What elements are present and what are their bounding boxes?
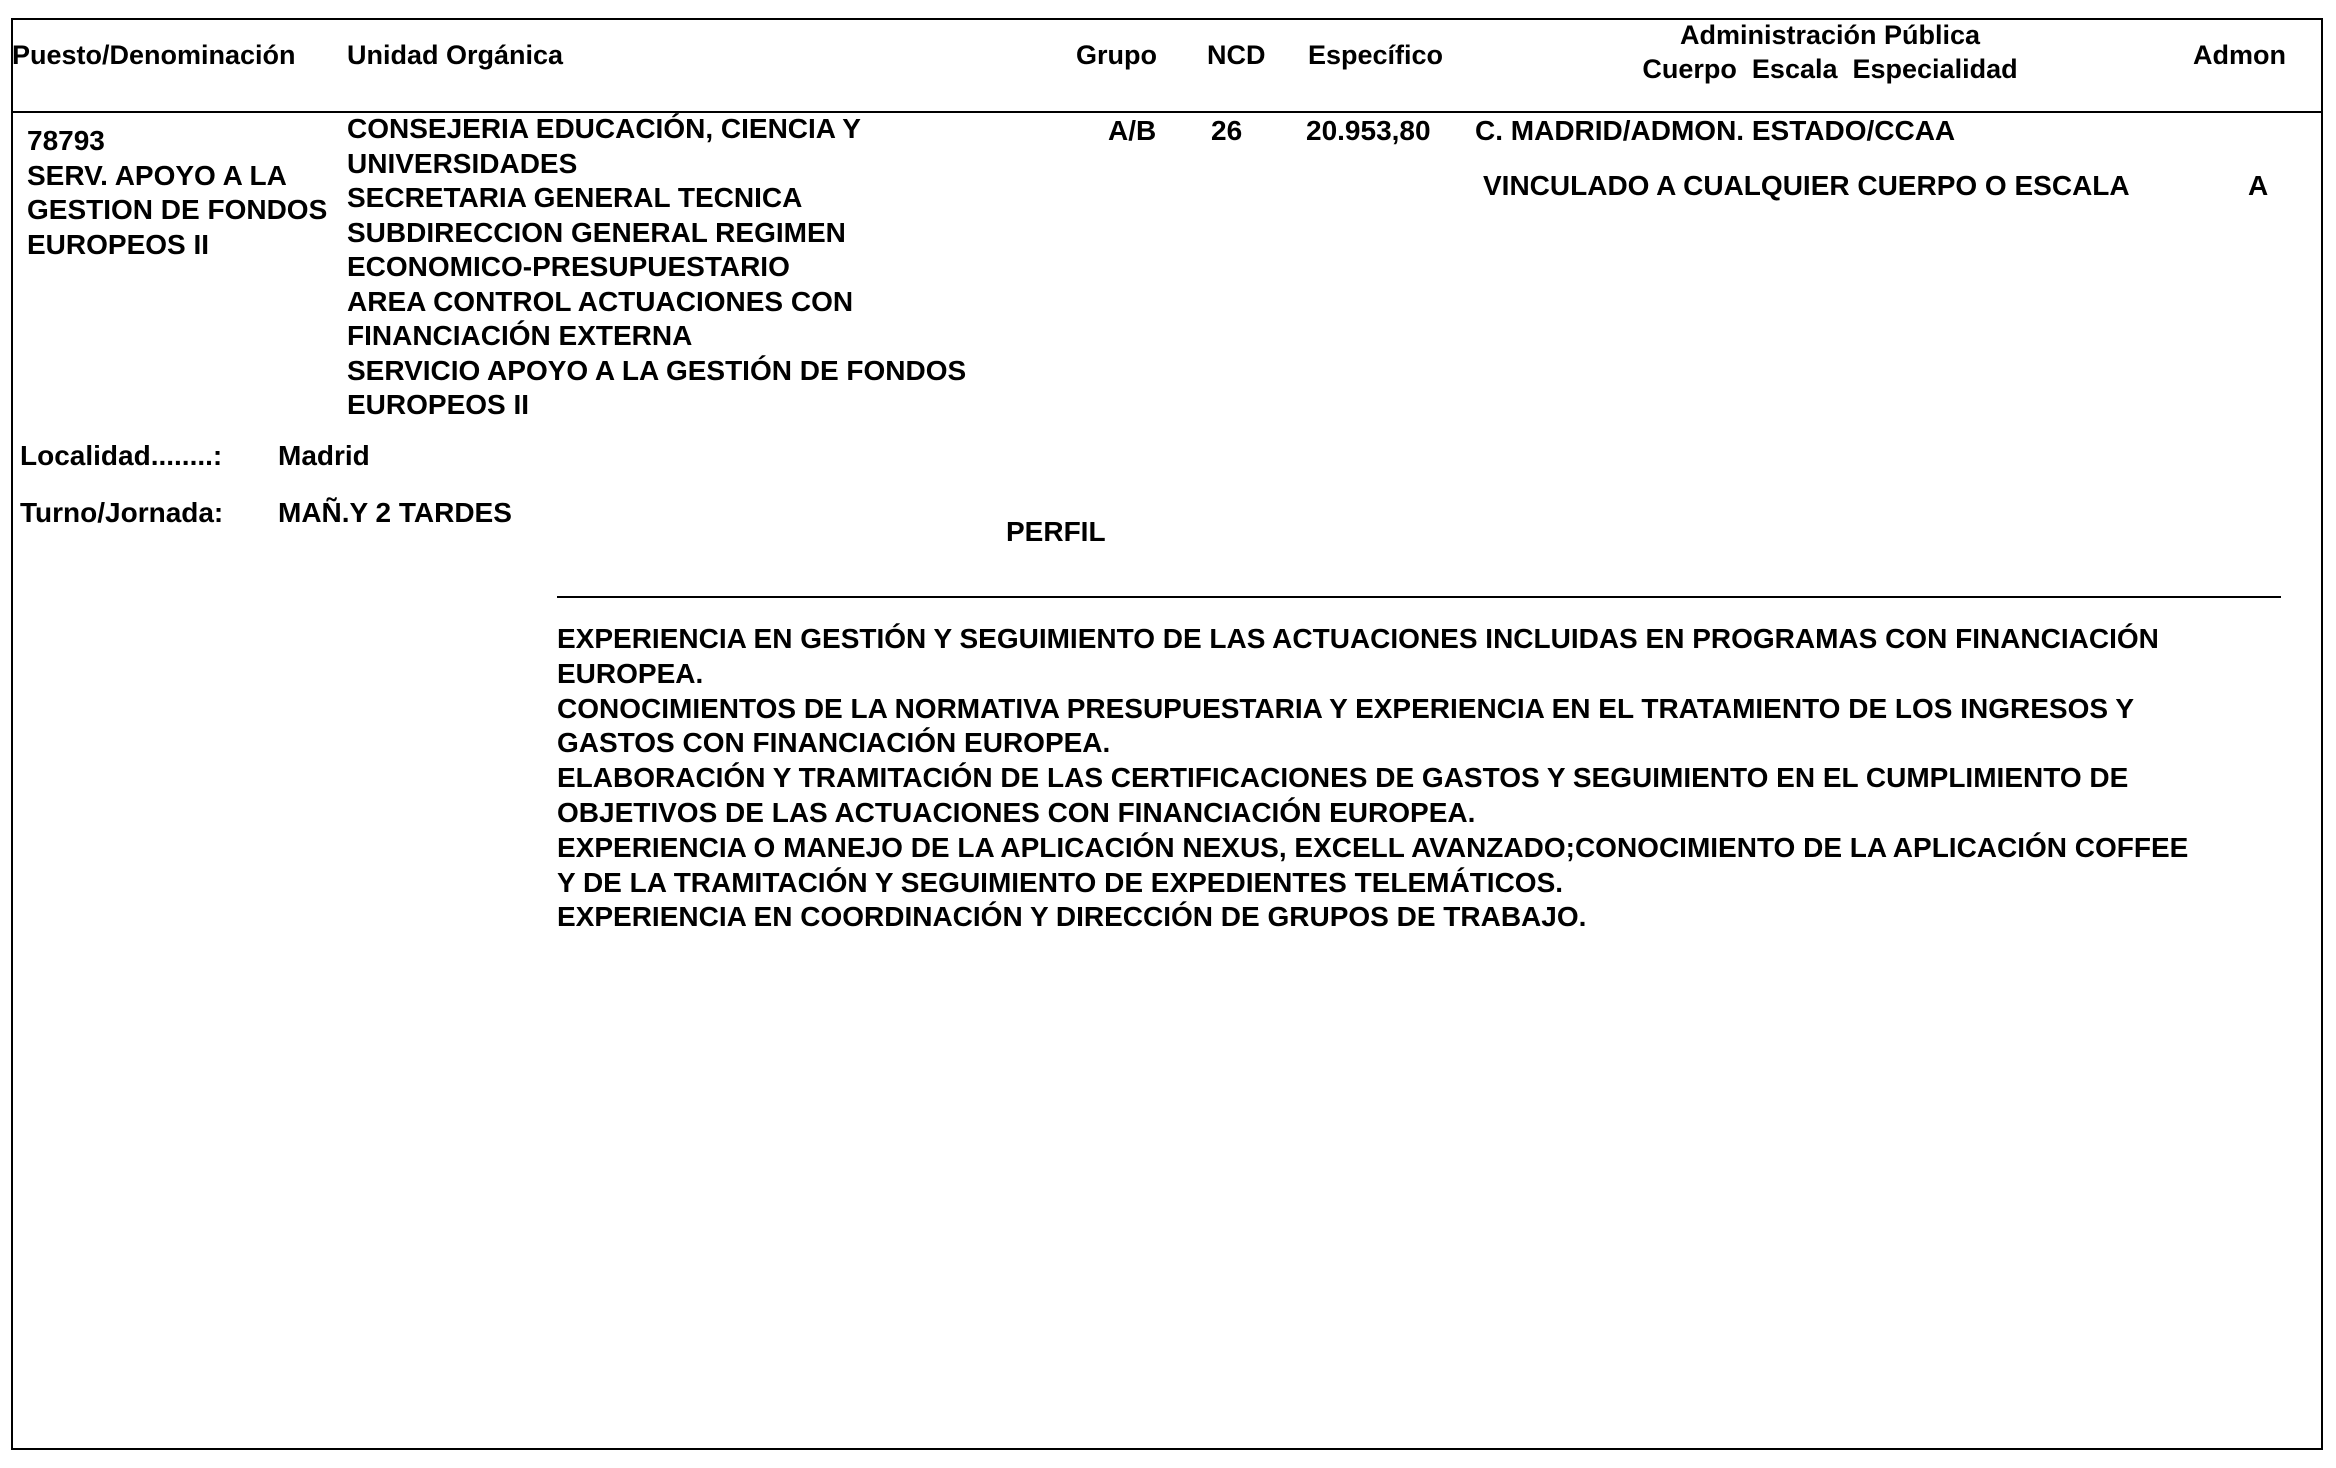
puesto-line: EUROPEOS II: [27, 228, 327, 263]
perfil-line: EXPERIENCIA EN COORDINACIÓN Y DIRECCIÓN …: [557, 900, 2188, 935]
header-admin-publica: Administración Pública: [1560, 22, 2100, 49]
perfil-divider: [557, 596, 2281, 598]
unidad-line: FINANCIACIÓN EXTERNA: [347, 319, 966, 354]
header-unidad: Unidad Orgánica: [347, 42, 563, 69]
perfil-line: CONOCIMIENTOS DE LA NORMATIVA PRESUPUEST…: [557, 692, 2188, 727]
header-admon: Admon: [2193, 42, 2286, 69]
perfil-line: GASTOS CON FINANCIACIÓN EUROPEA.: [557, 726, 2188, 761]
unidad-line: SERVICIO APOYO A LA GESTIÓN DE FONDOS: [347, 354, 966, 389]
perfil-line: Y DE LA TRAMITACIÓN Y SEGUIMIENTO DE EXP…: [557, 866, 2188, 901]
especifico-value: 20.953,80: [1306, 117, 1431, 145]
ncd-value: 26: [1211, 117, 1242, 145]
header-puesto: Puesto/Denominación: [12, 42, 296, 69]
perfil-line: EXPERIENCIA O MANEJO DE LA APLICACIÓN NE…: [557, 831, 2188, 866]
puesto-code: 78793: [27, 124, 327, 159]
header-grupo: Grupo: [1076, 42, 1157, 69]
perfil-text: EXPERIENCIA EN GESTIÓN Y SEGUIMIENTO DE …: [557, 622, 2188, 935]
turno-label: Turno/Jornada:: [20, 499, 223, 527]
unidad-line: CONSEJERIA EDUCACIÓN, CIENCIA Y: [347, 112, 966, 147]
header-especifico: Específico: [1308, 42, 1443, 69]
puesto-line: SERV. APOYO A LA: [27, 159, 327, 194]
header-ncd: NCD: [1207, 42, 1266, 69]
unidad-line: SUBDIRECCION GENERAL REGIMEN: [347, 216, 966, 251]
puesto-line: GESTION DE FONDOS: [27, 193, 327, 228]
admin-publica-value: C. MADRID/ADMON. ESTADO/CCAA: [1475, 117, 1955, 145]
perfil-line: OBJETIVOS DE LAS ACTUACIONES CON FINANCI…: [557, 796, 2188, 831]
unidad-line: SECRETARIA GENERAL TECNICA: [347, 181, 966, 216]
turno-value: MAÑ.Y 2 TARDES: [278, 499, 512, 527]
admon-value: A: [2248, 172, 2268, 200]
unidad-line: AREA CONTROL ACTUACIONES CON: [347, 285, 966, 320]
unidad-line: EUROPEOS II: [347, 388, 966, 423]
grupo-value: A/B: [1108, 117, 1156, 145]
puesto-cell: 78793 SERV. APOYO A LA GESTION DE FONDOS…: [27, 124, 327, 262]
perfil-line: ELABORACIÓN Y TRAMITACIÓN DE LAS CERTIFI…: [557, 761, 2188, 796]
unidad-line: UNIVERSIDADES: [347, 147, 966, 182]
localidad-label: Localidad........:: [20, 442, 222, 470]
unidad-line: ECONOMICO-PRESUPUESTARIO: [347, 250, 966, 285]
perfil-line: EXPERIENCIA EN GESTIÓN Y SEGUIMIENTO DE …: [557, 622, 2188, 657]
localidad-value: Madrid: [278, 442, 370, 470]
perfil-line: EUROPEA.: [557, 657, 2188, 692]
unidad-cell: CONSEJERIA EDUCACIÓN, CIENCIA Y UNIVERSI…: [347, 112, 966, 423]
perfil-title: PERFIL: [1006, 518, 1106, 546]
cuerpo-value: VINCULADO A CUALQUIER CUERPO O ESCALA: [1483, 172, 2130, 200]
header-cuerpo-escala: Cuerpo Escala Especialidad: [1560, 56, 2100, 83]
